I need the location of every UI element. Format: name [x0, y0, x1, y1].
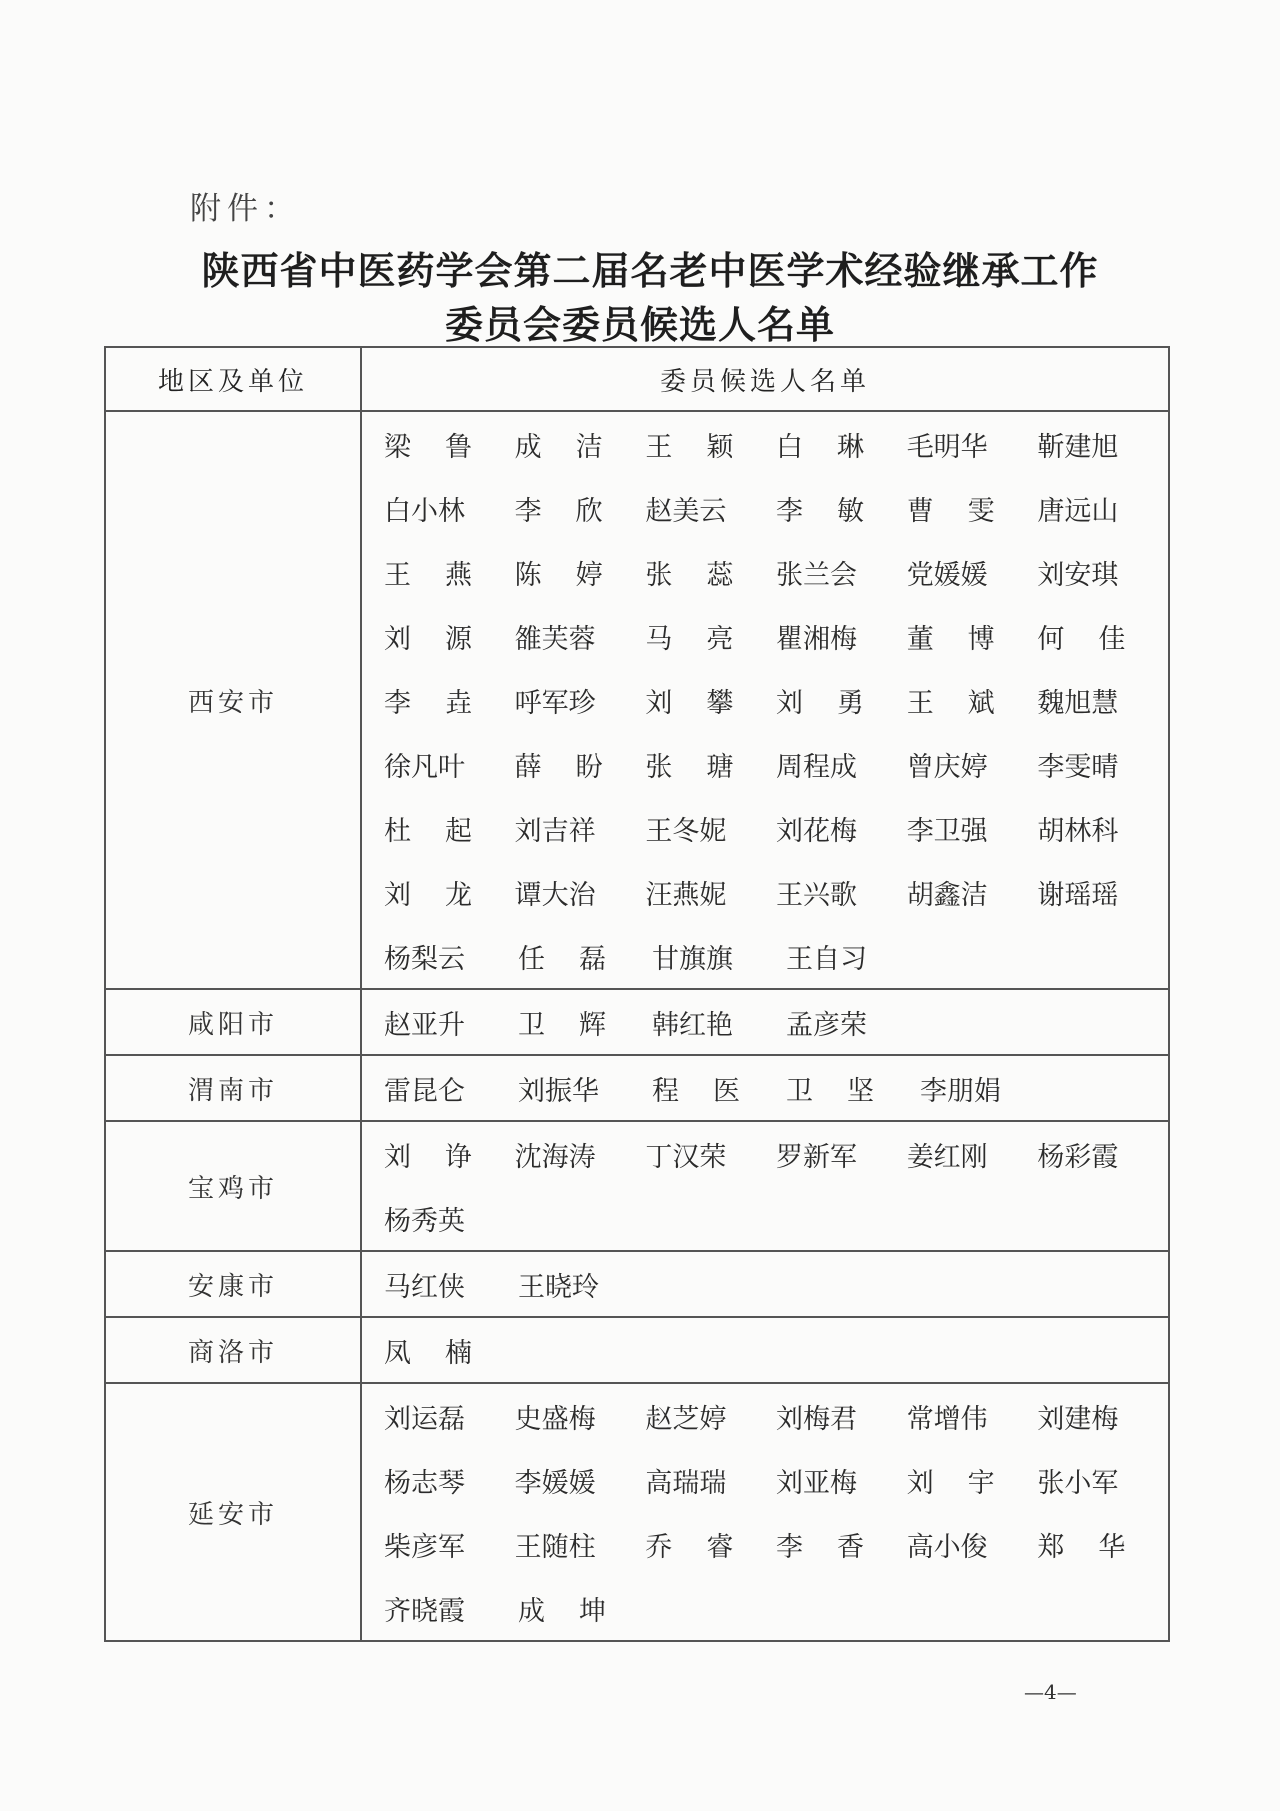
candidate-name: 卫辉 [518, 1003, 652, 1042]
table-row: 安康市马红侠王晓玲 [105, 1251, 1169, 1317]
name-line: 柴彦军王随柱乔睿李香高小俊郑华 [384, 1512, 1168, 1576]
candidate-name: 刘花梅 [776, 809, 907, 848]
name-line: 徐凡叶薛盼张瑭周程成曾庆婷李雯晴 [384, 732, 1168, 796]
table-body: 西安市梁鲁成洁王颖白琳毛明华靳建旭白小林李欣赵美云李敏曹雯唐远山王燕陈婷张蕊张兰… [105, 411, 1169, 1641]
table-row: 延安市刘运磊史盛梅赵芝婷刘梅君常增伟刘建梅杨志琴李媛媛高瑞瑞刘亚梅刘宇张小军柴彦… [105, 1383, 1169, 1641]
candidate-name: 张小军 [1037, 1461, 1168, 1500]
region-cell: 咸阳市 [105, 989, 361, 1055]
name-line: 凤楠 [384, 1318, 1168, 1382]
name-line: 杨秀英 [384, 1186, 1168, 1250]
candidate-name: 毛明华 [907, 425, 1038, 464]
candidate-name: 刘振华 [518, 1069, 652, 1108]
candidate-name: 王燕 [384, 553, 515, 592]
candidate-name: 卫坚 [786, 1069, 920, 1108]
candidate-name: 凤楠 [384, 1331, 518, 1370]
candidate-name: 孟彦荣 [786, 1003, 920, 1042]
candidate-name: 王随柱 [515, 1525, 646, 1564]
candidate-name: 程医 [652, 1069, 786, 1108]
candidate-name: 赵芝婷 [645, 1397, 776, 1436]
names-cell: 刘诤沈海涛丁汉荣罗新军姜红刚杨彩霞杨秀英 [361, 1121, 1169, 1251]
name-line: 杨梨云任磊甘旗旗王自习 [384, 924, 1168, 988]
candidate-name: 王晓玲 [518, 1265, 652, 1304]
candidate-name: 谭大治 [515, 873, 646, 912]
candidate-name: 雷昆仑 [384, 1069, 518, 1108]
name-line: 刘源雒芙蓉马亮瞿湘梅董博何佳 [384, 604, 1168, 668]
candidate-name: 党媛媛 [907, 553, 1038, 592]
names-cell: 马红侠王晓玲 [361, 1251, 1169, 1317]
names-cell: 雷昆仑刘振华程医卫坚李朋娟 [361, 1055, 1169, 1121]
candidate-name: 柴彦军 [384, 1525, 515, 1564]
region-cell: 安康市 [105, 1251, 361, 1317]
region-cell: 延安市 [105, 1383, 361, 1641]
candidate-name: 雒芙蓉 [515, 617, 646, 656]
candidate-name: 任磊 [518, 937, 652, 976]
candidate-name: 杨梨云 [384, 937, 518, 976]
candidate-name: 王冬妮 [645, 809, 776, 848]
candidate-name: 张蕊 [645, 553, 776, 592]
name-line: 齐晓霞成坤 [384, 1576, 1168, 1640]
candidate-name: 谢瑶瑶 [1037, 873, 1168, 912]
region-cell: 宝鸡市 [105, 1121, 361, 1251]
region-cell: 渭南市 [105, 1055, 361, 1121]
table-row: 商洛市凤楠 [105, 1317, 1169, 1383]
candidate-name: 刘梅君 [776, 1397, 907, 1436]
candidate-name: 刘勇 [776, 681, 907, 720]
candidate-name: 王自习 [786, 937, 920, 976]
table-row: 渭南市雷昆仑刘振华程医卫坚李朋娟 [105, 1055, 1169, 1121]
name-line: 梁鲁成洁王颖白琳毛明华靳建旭 [384, 412, 1168, 476]
candidate-name: 何佳 [1037, 617, 1168, 656]
candidate-name: 刘攀 [645, 681, 776, 720]
candidate-name: 马红侠 [384, 1265, 518, 1304]
candidate-name: 刘龙 [384, 873, 515, 912]
candidate-name: 李雯晴 [1037, 745, 1168, 784]
candidate-name: 曾庆婷 [907, 745, 1038, 784]
candidate-name: 唐远山 [1037, 489, 1168, 528]
candidate-name: 李卫强 [907, 809, 1038, 848]
name-line: 李垚呼军珍刘攀刘勇王斌魏旭慧 [384, 668, 1168, 732]
name-line: 刘诤沈海涛丁汉荣罗新军姜红刚杨彩霞 [384, 1122, 1168, 1186]
name-line: 白小林李欣赵美云李敏曹雯唐远山 [384, 476, 1168, 540]
candidate-name: 呼军珍 [515, 681, 646, 720]
candidate-name: 沈海涛 [515, 1135, 646, 1174]
candidate-name: 曹雯 [907, 489, 1038, 528]
candidate-name: 李欣 [515, 489, 646, 528]
page-number: —4— [1024, 1680, 1077, 1704]
table-row: 咸阳市赵亚升卫辉韩红艳孟彦荣 [105, 989, 1169, 1055]
header-candidates: 委员候选人名单 [361, 347, 1169, 411]
name-line: 雷昆仑刘振华程医卫坚李朋娟 [384, 1056, 1168, 1120]
region-cell: 西安市 [105, 411, 361, 989]
candidate-name: 高瑞瑞 [645, 1461, 776, 1500]
candidate-name: 李敏 [776, 489, 907, 528]
candidate-name: 李垚 [384, 681, 515, 720]
candidate-name: 陈婷 [515, 553, 646, 592]
candidate-name: 刘源 [384, 617, 515, 656]
candidate-name: 罗新军 [776, 1135, 907, 1174]
candidate-name: 汪燕妮 [645, 873, 776, 912]
name-line: 马红侠王晓玲 [384, 1252, 1168, 1316]
candidate-name: 史盛梅 [515, 1397, 646, 1436]
candidate-name: 白琳 [776, 425, 907, 464]
candidate-name: 甘旗旗 [652, 937, 786, 976]
header-region: 地区及单位 [105, 347, 361, 411]
candidate-name: 郑华 [1037, 1525, 1168, 1564]
table-row: 宝鸡市刘诤沈海涛丁汉荣罗新军姜红刚杨彩霞杨秀英 [105, 1121, 1169, 1251]
candidate-name: 韩红艳 [652, 1003, 786, 1042]
candidate-name: 乔睿 [645, 1525, 776, 1564]
candidate-name: 瞿湘梅 [776, 617, 907, 656]
names-cell: 赵亚升卫辉韩红艳孟彦荣 [361, 989, 1169, 1055]
candidate-name: 张瑭 [645, 745, 776, 784]
document-title-line1: 陕西省中医药学会第二届名老中医学术经验继承工作 [10, 240, 1280, 295]
candidate-name: 周程成 [776, 745, 907, 784]
candidate-name: 刘诤 [384, 1135, 515, 1174]
candidate-name: 赵美云 [645, 489, 776, 528]
candidate-name: 刘宇 [907, 1461, 1038, 1500]
candidate-name: 王兴歌 [776, 873, 907, 912]
candidate-name: 靳建旭 [1037, 425, 1168, 464]
table-row: 西安市梁鲁成洁王颖白琳毛明华靳建旭白小林李欣赵美云李敏曹雯唐远山王燕陈婷张蕊张兰… [105, 411, 1169, 989]
name-line: 王燕陈婷张蕊张兰会党媛媛刘安琪 [384, 540, 1168, 604]
candidate-name: 胡林科 [1037, 809, 1168, 848]
candidate-name: 刘运磊 [384, 1397, 515, 1436]
candidate-name: 徐凡叶 [384, 745, 515, 784]
candidate-name: 王颖 [645, 425, 776, 464]
name-line: 刘运磊史盛梅赵芝婷刘梅君常增伟刘建梅 [384, 1384, 1168, 1448]
attachment-label: 附件： [190, 183, 301, 228]
candidate-name: 杜起 [384, 809, 515, 848]
table-header-row: 地区及单位 委员候选人名单 [105, 347, 1169, 411]
candidate-name: 丁汉荣 [645, 1135, 776, 1174]
candidate-name: 李香 [776, 1525, 907, 1564]
candidate-name: 胡鑫洁 [907, 873, 1038, 912]
candidate-name: 王斌 [907, 681, 1038, 720]
candidate-name: 姜红刚 [907, 1135, 1038, 1174]
candidate-name: 张兰会 [776, 553, 907, 592]
candidate-name: 成坤 [518, 1589, 652, 1628]
candidate-name: 刘建梅 [1037, 1397, 1168, 1436]
candidate-name: 刘亚梅 [776, 1461, 907, 1500]
candidate-name: 董博 [907, 617, 1038, 656]
name-line: 杨志琴李媛媛高瑞瑞刘亚梅刘宇张小军 [384, 1448, 1168, 1512]
names-cell: 梁鲁成洁王颖白琳毛明华靳建旭白小林李欣赵美云李敏曹雯唐远山王燕陈婷张蕊张兰会党媛… [361, 411, 1169, 989]
candidate-name: 白小林 [384, 489, 515, 528]
document-title-line2: 委员会委员候选人名单 [0, 294, 1280, 349]
name-line: 杜起刘吉祥王冬妮刘花梅李卫强胡林科 [384, 796, 1168, 860]
candidate-name: 高小俊 [907, 1525, 1038, 1564]
candidate-name: 魏旭慧 [1037, 681, 1168, 720]
candidate-name: 刘安琪 [1037, 553, 1168, 592]
candidate-name: 赵亚升 [384, 1003, 518, 1042]
candidate-table: 地区及单位 委员候选人名单 西安市梁鲁成洁王颖白琳毛明华靳建旭白小林李欣赵美云李… [104, 346, 1170, 1642]
name-line: 刘龙谭大治汪燕妮王兴歌胡鑫洁谢瑶瑶 [384, 860, 1168, 924]
candidate-name: 成洁 [515, 425, 646, 464]
candidate-name: 马亮 [645, 617, 776, 656]
candidate-name: 杨志琴 [384, 1461, 515, 1500]
candidate-name: 杨秀英 [384, 1199, 518, 1238]
candidate-name: 常增伟 [907, 1397, 1038, 1436]
candidate-name: 梁鲁 [384, 425, 515, 464]
candidate-name: 薛盼 [515, 745, 646, 784]
candidate-name: 李媛媛 [515, 1461, 646, 1500]
name-line: 赵亚升卫辉韩红艳孟彦荣 [384, 990, 1168, 1054]
region-cell: 商洛市 [105, 1317, 361, 1383]
candidate-name: 刘吉祥 [515, 809, 646, 848]
candidate-name: 李朋娟 [920, 1069, 1054, 1108]
names-cell: 刘运磊史盛梅赵芝婷刘梅君常增伟刘建梅杨志琴李媛媛高瑞瑞刘亚梅刘宇张小军柴彦军王随… [361, 1383, 1169, 1641]
names-cell: 凤楠 [361, 1317, 1169, 1383]
candidate-name: 杨彩霞 [1037, 1135, 1168, 1174]
candidate-name: 齐晓霞 [384, 1589, 518, 1628]
